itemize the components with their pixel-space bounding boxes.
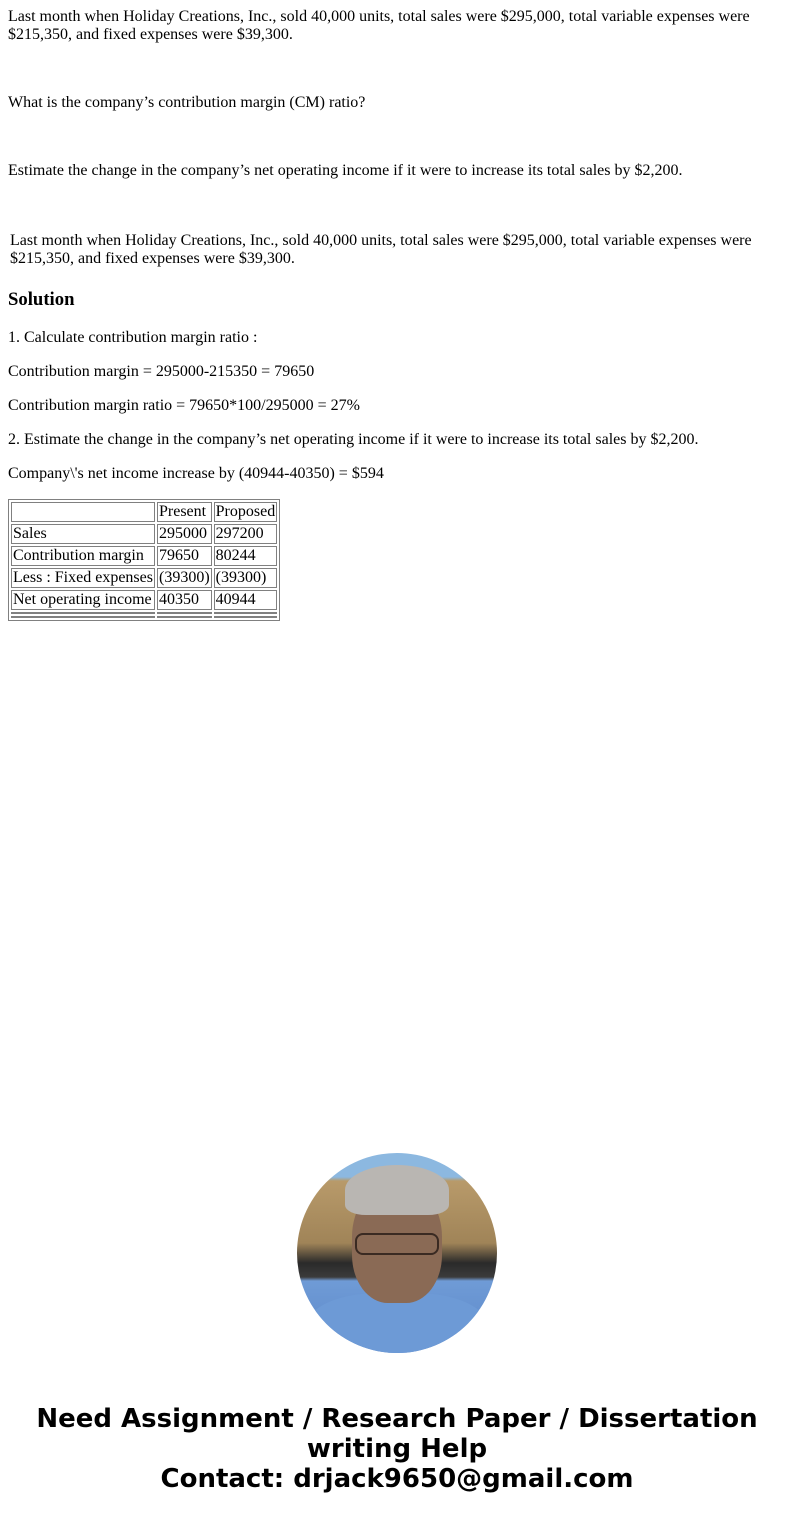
table-cell: 40944 [214,590,278,610]
contribution-margin-line: Contribution margin = 295000-215350 = 79… [8,363,778,381]
table-cell: 295000 [157,524,212,544]
net-income-increase-line: Company\'s net income increase by (40944… [8,465,778,483]
table-header-row: Present Proposed [11,502,277,522]
contribution-margin-ratio-line: Contribution margin ratio = 79650*100/29… [8,397,778,415]
table-cell: 79650 [157,546,212,566]
table-cell: Less : Fixed expenses [11,568,155,588]
question-intro-repeat: Last month when Holiday Creations, Inc.,… [10,232,780,268]
promo-line-1: Need Assignment / Research Paper / Disse… [0,1404,794,1434]
table-row: Net operating income 40350 40944 [11,590,277,610]
table-empty-cell [11,612,155,614]
table-empty-row [11,616,277,618]
question-cm-ratio: What is the company’s contribution margi… [8,94,778,112]
table-row: Sales 295000 297200 [11,524,277,544]
table-row: Contribution margin 79650 80244 [11,546,277,566]
table-row: Less : Fixed expenses (39300) (39300) [11,568,277,588]
table-empty-cell [11,616,155,618]
avatar-hair [345,1165,449,1215]
tutor-avatar-photo [297,1153,497,1353]
table-cell: (39300) [157,568,212,588]
solution-heading: Solution [8,289,74,311]
table-cell: Contribution margin [11,546,155,566]
table-cell: Net operating income [11,590,155,610]
question-noi-change: Estimate the change in the company’s net… [8,162,778,180]
table-empty-cell [214,612,278,614]
table-header-cell: Proposed [214,502,278,522]
table-cell: 80244 [214,546,278,566]
promo-contact: Contact: drjack9650@gmail.com [0,1464,794,1494]
avatar-glasses [355,1233,439,1255]
table-cell: (39300) [214,568,278,588]
comparison-table: Present Proposed Sales 295000 297200 Con… [8,499,280,621]
table-cell: 297200 [214,524,278,544]
question-intro: Last month when Holiday Creations, Inc.,… [8,8,778,44]
table-empty-cell [157,616,212,618]
promo-line-2: writing Help [0,1434,794,1464]
table-empty-cell [214,616,278,618]
solution-step-2: 2. Estimate the change in the company’s … [8,431,778,449]
promo-banner: Need Assignment / Research Paper / Disse… [0,1404,794,1494]
table-header-cell [11,502,155,522]
solution-step-1: 1. Calculate contribution margin ratio : [8,329,778,347]
table-cell: Sales [11,524,155,544]
table-header-cell: Present [157,502,212,522]
table-empty-row [11,612,277,614]
table-empty-cell [157,612,212,614]
table-cell: 40350 [157,590,212,610]
